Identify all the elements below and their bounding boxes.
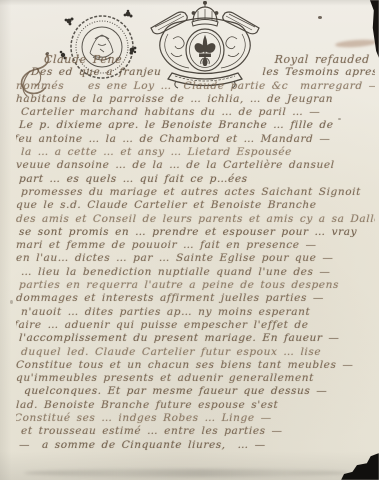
manuscript-line: la … a cette … et ansy … Lietard Espousé… bbox=[21, 146, 375, 159]
manuscript-line: Des ed que a franjeu les Tesmoins apres bbox=[31, 66, 375, 79]
manuscript-line: faire … aduenir qui puisse empescher l'e… bbox=[16, 319, 373, 332]
stain-spot bbox=[46, 52, 49, 55]
manuscript-line: Claude Pene Royal refauded V bbox=[44, 53, 375, 66]
ink-smudge bbox=[335, 39, 377, 49]
manuscript-line: Constitué ses … indges Robes … Linge — bbox=[16, 412, 373, 425]
manuscript-line: Le p. dixieme apre. le Benoiste Branche … bbox=[19, 119, 375, 132]
manuscript-line: … lieu la benediction nuptialle quand l'… bbox=[21, 266, 375, 279]
manuscript-line: habitans de la parroisse de … ichlia, … … bbox=[16, 93, 375, 106]
manuscript-line: qu'immeubles presents et aduenir general… bbox=[16, 372, 375, 385]
manuscript-line: duquel led. Claude Cartelier futur espou… bbox=[21, 346, 375, 359]
manuscript-line: et trousseau estimé … entre les parties … bbox=[21, 425, 375, 438]
manuscript-line: l'accomplissement du present mariage. En… bbox=[19, 332, 375, 345]
manuscript-line: nommés es ene Loy … Claude partie &c mar… bbox=[16, 80, 375, 93]
manuscript-line: dommages et interests affirment juelles … bbox=[16, 292, 375, 305]
bottom-smudge bbox=[24, 469, 349, 477]
manuscript-line: mari et femme de pouuoir … fait en prese… bbox=[16, 239, 375, 252]
manuscript-page: Claude Pene Royal refauded V Des ed que … bbox=[0, 0, 379, 480]
manuscript-line: — a somme de Cinquante liures, … — bbox=[19, 439, 375, 452]
manuscript-line: n'auoit … dites parties ap… ny moins esp… bbox=[21, 306, 375, 319]
manuscript-line: Cartelier marchand habitans du … de pari… bbox=[21, 106, 375, 119]
manuscript-line: veuue dansoine … de la … de la Cartelièr… bbox=[16, 159, 375, 172]
handwritten-text-block: Claude Pene Royal refauded V Des ed que … bbox=[16, 53, 375, 460]
manuscript-line: Constitue tous et un chacun ses biens ta… bbox=[16, 359, 375, 372]
manuscript-line: se sont promis en … prendre et espouser … bbox=[19, 226, 373, 239]
manuscript-line: promesses du mariage et autres actes Sai… bbox=[21, 186, 375, 199]
stain-spot bbox=[318, 16, 322, 19]
manuscript-line: feu antoine … la … de Chambord et … Mand… bbox=[16, 133, 373, 146]
manuscript-line: en l'au… dictes … par … Sainte Eglise po… bbox=[16, 252, 375, 265]
scan-edge-top-right bbox=[366, 0, 379, 58]
manuscript-line: que le s.d. Claude Cartelier et Benoiste… bbox=[16, 199, 375, 212]
manuscript-line: des amis et Conseil de leurs parents et … bbox=[16, 213, 375, 226]
manuscript-line: part … es quels … qui fait ce p…ées bbox=[19, 173, 375, 186]
stain-spot bbox=[10, 300, 13, 304]
manuscript-line: quelconques. Et par mesme faueur que des… bbox=[24, 385, 375, 398]
manuscript-line: lad. Benoiste Branche future espouse s'e… bbox=[16, 399, 375, 412]
stain-spot bbox=[338, 118, 341, 120]
manuscript-line: parties en requerra l'autre a peine de t… bbox=[19, 279, 375, 292]
crown-icon bbox=[192, 1, 218, 26]
